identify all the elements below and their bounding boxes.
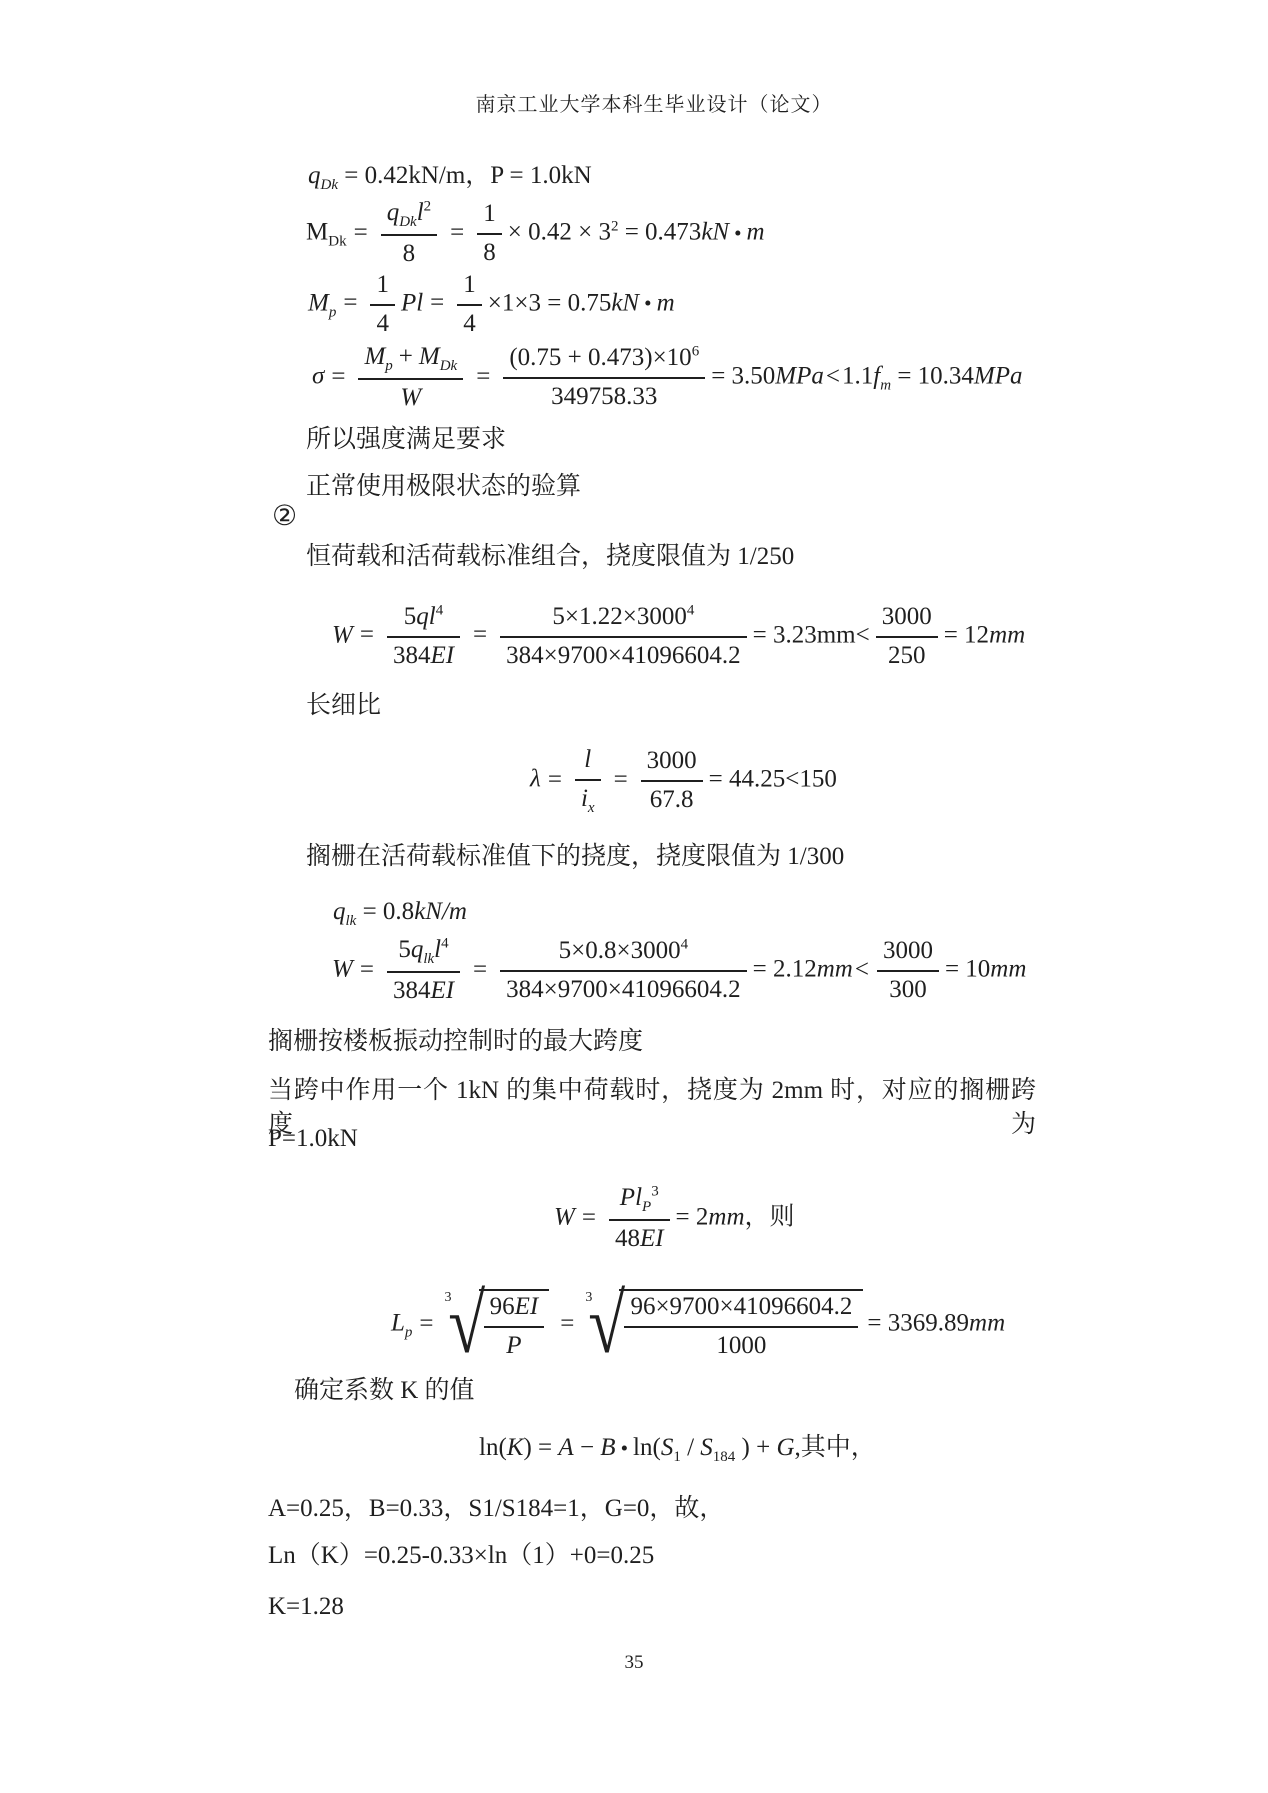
var-ei: EI [640, 1225, 664, 1252]
var-m: M [306, 219, 328, 246]
var-pl: Pl [401, 289, 423, 316]
fraction: 14 [370, 271, 395, 339]
sub-dk: Dk [328, 234, 346, 250]
page-number: 35 [0, 1652, 1268, 1674]
math-run: = 3.23mm< [753, 621, 870, 648]
exponent: 4 [681, 937, 689, 953]
text-live-deflection: 搁栅在活荷载标准值下的挠度，挠度限值为 1/300 [306, 840, 844, 874]
root-index: 3 [445, 1289, 452, 1307]
formula-mp: Mp=14Pl=14×1×3 = 0.75kN•m [308, 271, 675, 339]
equals: = [354, 219, 368, 246]
math-run: 96 [490, 1293, 515, 1320]
exponent: 2 [611, 218, 619, 234]
equals: = [548, 766, 562, 793]
numerator: l [575, 746, 601, 781]
math-run: 5 [398, 936, 411, 963]
math-run: = 2.12 [753, 956, 817, 983]
var-lambda: λ [530, 766, 541, 793]
numerator: 1 [477, 200, 502, 235]
fraction: 300067.8 [641, 747, 703, 815]
unit-kn: kN [701, 219, 729, 246]
cube-root: 3√96EIP [445, 1283, 550, 1367]
fraction: (0.75 + 0.473)×106349758.33 [503, 344, 705, 412]
equals: = [331, 363, 345, 390]
denominator: 384EI [387, 973, 460, 1006]
radical-sign: √ [448, 1283, 485, 1367]
denominator: 8 [477, 235, 502, 268]
denominator: 384EI [387, 638, 460, 671]
text-abg-values: A=0.25，B=0.33，S1/S184=1，G=0，故， [268, 1492, 724, 1526]
fraction: 5×0.8×30004384×9700×41096604.2 [500, 937, 746, 1005]
unit-kn: kN [611, 289, 639, 316]
math-run: = 44.25<150 [709, 766, 837, 793]
math-run: ln( [479, 1434, 507, 1461]
var-q: q [308, 162, 321, 189]
equals: = [450, 219, 464, 246]
var-i: i [581, 785, 588, 812]
math-run: 5 [404, 603, 417, 630]
math-run: 5×1.22×3000 [552, 603, 686, 630]
text-load-combo: 恒荷载和活荷载标准组合，挠度限值为 1/250 [306, 540, 794, 574]
text-wherein: ,其中， [795, 1434, 876, 1461]
formula-lnk: ln(K) = A − B•ln(S1 / S184 ) + G,其中， [479, 1432, 876, 1465]
formula-lp: Lp=3√96EIP=3√96×9700×41096604.21000= 336… [391, 1283, 1005, 1367]
denominator: P [484, 1328, 545, 1361]
equals: = [476, 363, 490, 390]
fraction: Mp+MDkW [358, 343, 463, 413]
formula-qdk: qDk = 0.42kN/m，P = 1.0kN [308, 160, 592, 193]
numerator: qDkl2 [381, 199, 437, 236]
math-run: = 0.473 [625, 219, 702, 246]
fraction: 18 [477, 200, 502, 268]
text-lnk-calc: Ln（K）=0.25-0.33×ln（1）+0=0.25 [268, 1539, 654, 1573]
var-w: W [332, 621, 353, 648]
numerator: PlP3 [609, 1184, 670, 1221]
denominator: 48EI [609, 1221, 670, 1254]
exponent: 3 [651, 1184, 659, 1200]
fraction: 3000300 [877, 937, 939, 1005]
exponent: 6 [692, 344, 700, 360]
formula-lambda: λ=lix=300067.8= 44.25<150 [530, 746, 837, 816]
equals: = [473, 621, 487, 648]
exponent: 4 [687, 603, 695, 619]
numerator: 3000 [876, 603, 938, 638]
equals: = [419, 1310, 433, 1337]
numerator: 3000 [877, 937, 939, 972]
numerator: 5ql4 [387, 603, 460, 638]
numerator: 5×1.22×30004 [500, 603, 746, 638]
fraction: 5×1.22×30004384×9700×41096604.2 [500, 603, 746, 671]
unit-m: m [747, 219, 765, 246]
fraction: 5ql4384EI [387, 603, 460, 671]
radicand: 96×9700×41096604.21000 [619, 1289, 863, 1361]
text-midspan-load: 当跨中作用一个 1kN 的集中荷载时，挠度为 2mm 时，对应的搁栅跨度为 [268, 1074, 1036, 1142]
equals: = [560, 1310, 574, 1337]
var-w: W [400, 384, 421, 411]
equals: = [430, 289, 444, 316]
var-ei: EI [430, 642, 454, 669]
var-ql: ql [416, 603, 435, 630]
unit-mm: mm [989, 621, 1025, 648]
var-g: G [776, 1434, 794, 1461]
formula-w2: W=5qlkl4384EI=5×0.8×30004384×9700×410966… [332, 936, 1026, 1006]
var-a: A [558, 1434, 573, 1461]
math-run: = 3.50 [711, 363, 775, 390]
var-l: l [584, 746, 591, 773]
page-header: 南京工业大学本科生毕业设计（论文） [20, 88, 1268, 117]
var-m: M [308, 289, 329, 316]
math-run: 5×0.8×3000 [559, 937, 681, 964]
sub-p: p [329, 304, 337, 320]
math-run: = 3369.89 [867, 1310, 969, 1337]
math-run: = 12 [944, 621, 989, 648]
less-than: < [855, 956, 869, 983]
sub-dk: Dk [321, 177, 339, 193]
exponent: 4 [441, 936, 449, 952]
unit-mpa: MPa [775, 363, 824, 390]
math-run: × 0.42 × 3 [508, 219, 611, 246]
denominator: 384×9700×41096604.2 [500, 972, 746, 1005]
text-coefficient-k: 确定系数 K 的值 [294, 1374, 475, 1408]
math-run: (0.75 + 0.473)×10 [509, 344, 691, 371]
sub-1: 1 [673, 1449, 681, 1465]
denominator: 4 [457, 306, 482, 339]
numerator: (0.75 + 0.473)×106 [503, 344, 705, 379]
fraction: PlP348EI [609, 1184, 670, 1254]
math-run: ) + [742, 1434, 771, 1461]
bullet-operator: • [621, 1436, 628, 1460]
denominator: 300 [877, 972, 939, 1005]
item-marker-2: ② [272, 500, 297, 534]
equals: = [582, 1204, 596, 1231]
numerator: 96EI [484, 1293, 545, 1328]
cube-root: 3√96×9700×41096604.21000 [585, 1283, 863, 1367]
minus-operator: − [580, 1434, 594, 1461]
sub-p: p [385, 358, 393, 374]
text-strength-ok: 所以强度满足要求 [306, 423, 506, 457]
sub-dk: Dk [399, 214, 417, 230]
var-pl: Pl [620, 1184, 642, 1211]
var-s: S [661, 1434, 674, 1461]
equals: = [360, 956, 374, 983]
text-then: ，则 [745, 1204, 795, 1231]
var-ei: EI [515, 1293, 539, 1320]
plus-operator: + [399, 343, 413, 370]
text-vibration-span: 搁栅按楼板振动控制时的最大跨度 [268, 1025, 643, 1059]
math-run: = 0.42kN/m，P = 1.0kN [344, 162, 591, 189]
numerator: 5×0.8×30004 [500, 937, 746, 972]
var-sigma: σ [312, 363, 324, 390]
bullet-operator: • [644, 291, 651, 315]
var-w: W [332, 956, 353, 983]
unit-mpa: MPa [974, 363, 1023, 390]
sub-184: 184 [713, 1449, 736, 1465]
text-k-value: K=1.28 [268, 1590, 344, 1624]
equals: = [360, 621, 374, 648]
unit-m: m [657, 289, 675, 316]
equals: = [614, 766, 628, 793]
var-m: M [364, 343, 385, 370]
fraction: 5qlkl4384EI [387, 936, 460, 1006]
var-p: P [506, 1332, 521, 1359]
root-index: 3 [585, 1289, 592, 1307]
numerator: 3000 [641, 747, 703, 782]
denominator: 8 [381, 236, 437, 269]
sub-lk: lk [346, 913, 357, 929]
var-l: L [391, 1310, 405, 1337]
numerator: 1 [370, 271, 395, 306]
unit-mm: mm [969, 1310, 1005, 1337]
less-than: < [826, 363, 840, 390]
var-ei: EI [430, 977, 454, 1004]
math-run: 384 [393, 642, 431, 669]
var-q: q [411, 936, 424, 963]
radicand: 96EIP [479, 1289, 550, 1361]
text-sls-check: 正常使用极限状态的验算 [306, 470, 581, 504]
denominator: 1000 [624, 1328, 858, 1361]
var-l: l [417, 199, 424, 226]
exponent: 2 [424, 199, 432, 215]
fraction: qDkl28 [381, 199, 437, 269]
denominator: 250 [876, 638, 938, 671]
denominator: ix [575, 781, 601, 816]
var-m: M [419, 343, 440, 370]
fraction: 14 [457, 271, 482, 339]
thesis-page: 南京工业大学本科生毕业设计（论文） qDk = 0.42kN/m，P = 1.0… [0, 0, 1268, 1793]
denominator: 349758.33 [503, 379, 705, 412]
denominator: 4 [370, 306, 395, 339]
var-b: B [600, 1434, 615, 1461]
unit-mm: mm [708, 1204, 744, 1231]
denominator: W [358, 380, 463, 413]
text-slenderness: 长细比 [306, 689, 381, 723]
math-run: 48 [615, 1225, 640, 1252]
text-p-value: P=1.0kN [268, 1122, 358, 1156]
var-q: q [387, 199, 400, 226]
var-s: S [700, 1434, 713, 1461]
var-w: W [554, 1204, 575, 1231]
math-run: ×1×3 = 0.75 [488, 289, 612, 316]
sub-p: P [642, 1199, 651, 1215]
exponent: 4 [436, 603, 444, 619]
math-run: = 0.8 [363, 898, 415, 925]
fraction: 3000250 [876, 603, 938, 671]
unit-mm: mm [990, 956, 1026, 983]
sub-m: m [880, 378, 891, 394]
denominator: 67.8 [641, 782, 703, 815]
sub-lk: lk [423, 951, 434, 967]
bullet-operator: • [734, 221, 741, 245]
formula-sigma: σ=Mp+MDkW=(0.75 + 0.473)×106349758.33= 3… [312, 343, 1023, 413]
unit-knm: kN/m [414, 898, 467, 925]
var-q: q [333, 898, 346, 925]
math-run: 384 [393, 977, 431, 1004]
numerator: Mp+MDk [358, 343, 463, 380]
math-run: = 10 [945, 956, 990, 983]
math-run: = 2 [676, 1204, 709, 1231]
numerator: 96×9700×41096604.2 [624, 1293, 858, 1328]
slash-operator: / [687, 1434, 694, 1461]
math-run: ln( [633, 1434, 661, 1461]
unit-mm: mm [817, 956, 853, 983]
sub-dk: Dk [440, 358, 458, 374]
sub-p: p [405, 1325, 413, 1341]
fraction: 96EIP [484, 1293, 545, 1361]
formula-w1: W=5ql4384EI=5×1.22×30004384×9700×4109660… [332, 603, 1025, 671]
formula-mdk: MDk=qDkl28=18× 0.42 × 32 = 0.473kN•m [306, 199, 765, 269]
numerator: 1 [457, 271, 482, 306]
fraction: lix [575, 746, 601, 816]
math-run: ) = [523, 1434, 552, 1461]
equals: = [343, 289, 357, 316]
formula-wp: W=PlP348EI= 2mm，则 [554, 1184, 795, 1254]
fraction: 96×9700×41096604.21000 [624, 1293, 858, 1361]
radical-sign: √ [589, 1283, 626, 1367]
numerator: 5qlkl4 [387, 936, 460, 973]
sub-x: x [588, 800, 595, 816]
denominator: 384×9700×41096604.2 [500, 638, 746, 671]
math-run: 1.1 [842, 363, 873, 390]
formula-qlk: qlk = 0.8kN/m [333, 896, 467, 929]
equals: = [473, 956, 487, 983]
var-k: K [507, 1434, 524, 1461]
math-run: = 10.34 [897, 363, 974, 390]
